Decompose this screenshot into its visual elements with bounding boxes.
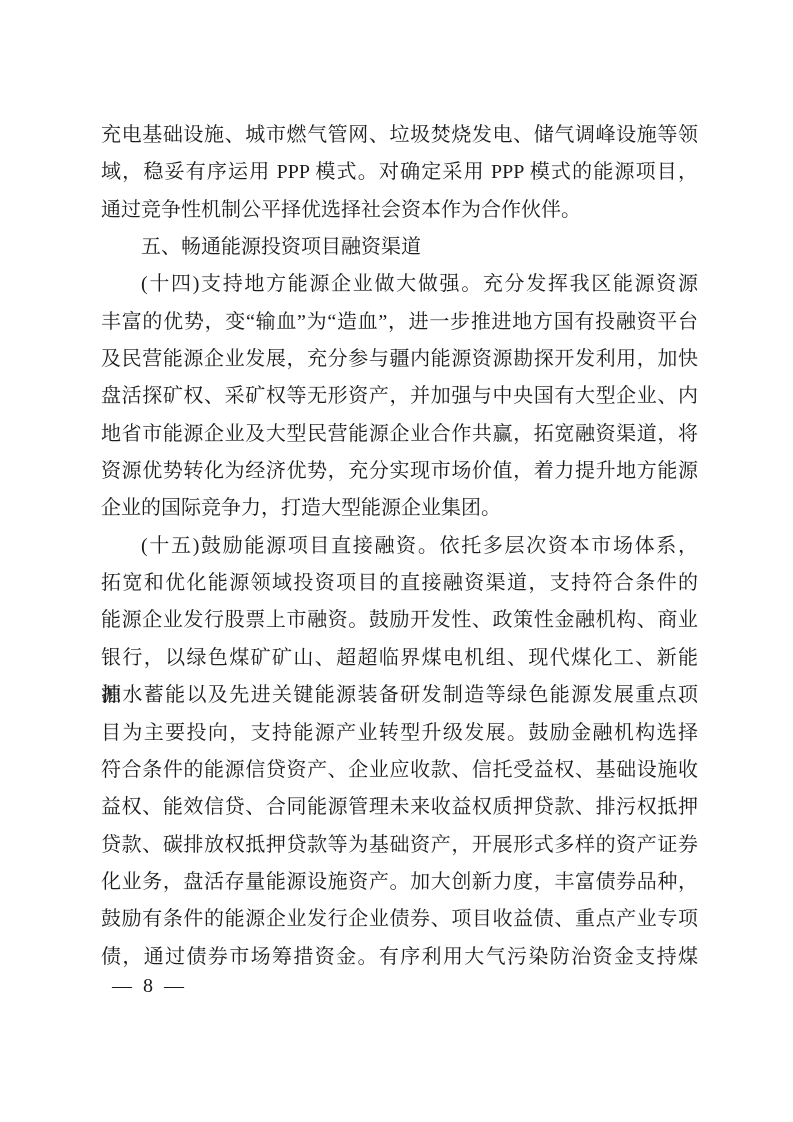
text-line: (十四)支持地方能源企业做大做强。充分发挥我区能源资源 — [101, 266, 698, 303]
text-line: (十五)鼓励能源项目直接融资。依托多层次资本市场体系， — [101, 528, 698, 565]
text-line: 及民营能源企业发展，充分参与疆内能源资源勘探开发利用，加快 — [101, 341, 698, 378]
text-line: 符合条件的能源信贷资产、企业应收款、信托受益权、基础设施收 — [101, 752, 698, 789]
text-line: 盘活探矿权、采矿权等无形资产，并加强与中央国有大型企业、内 — [101, 378, 698, 415]
text-line: 贷款、碳排放权抵押贷款等为基础资产，开展形式多样的资产证券 — [101, 827, 698, 864]
text-line: 抽水蓄能以及先进关键能源装备研发制造等绿色能源发展重点项 — [101, 677, 698, 714]
text-line: 地省市能源企业及大型民营能源企业合作共赢，拓宽融资渠道，将 — [101, 416, 698, 453]
section-heading: 五、畅通能源投资项目融资渠道 — [101, 229, 698, 266]
text-line: 能源企业发行股票上市融资。鼓励开发性、政策性金融机构、商业 — [101, 602, 698, 639]
document-page: 充电基础设施、城市燃气管网、垃圾焚烧发电、储气调峰设施等领 域，稳妥有序运用 P… — [0, 0, 793, 1122]
text-line: 鼓励有条件的能源企业发行企业债券、项目收益债、重点产业专项 — [101, 901, 698, 938]
text-line: 域，稳妥有序运用 PPP 模式。对确定采用 PPP 模式的能源项目， — [101, 154, 698, 191]
text-line: 通过竞争性机制公平择优选择社会资本作为合作伙伴。 — [101, 192, 698, 229]
text-line: 目为主要投向，支持能源产业转型升级发展。鼓励金融机构选择 — [101, 715, 698, 752]
text-line: 企业的国际竞争力，打造大型能源企业集团。 — [101, 490, 698, 527]
text-line: 益权、能效信贷、合同能源管理未来收益权质押贷款、排污权抵押 — [101, 789, 698, 826]
text-line: 债，通过债券市场筹措资金。有序利用大气污染防治资金支持煤 — [101, 939, 698, 976]
text-line: 丰富的优势，变“输血”为“造血”，进一步推进地方国有投融资平台 — [101, 304, 698, 341]
page-number: — 8 — — [112, 974, 187, 998]
text-line: 化业务，盘活存量能源设施资产。加大创新力度，丰富债券品种， — [101, 864, 698, 901]
text-line: 资源优势转化为经济优势，充分实现市场价值，着力提升地方能源 — [101, 453, 698, 490]
text-block: 充电基础设施、城市燃气管网、垃圾焚烧发电、储气调峰设施等领 域，稳妥有序运用 P… — [101, 117, 698, 976]
text-line: 拓宽和优化能源领域投资项目的直接融资渠道，支持符合条件的 — [101, 565, 698, 602]
text-line: 充电基础设施、城市燃气管网、垃圾焚烧发电、储气调峰设施等领 — [101, 117, 698, 154]
text-line: 银行，以绿色煤矿矿山、超超临界煤电机组、现代煤化工、新能源、 — [101, 640, 698, 677]
